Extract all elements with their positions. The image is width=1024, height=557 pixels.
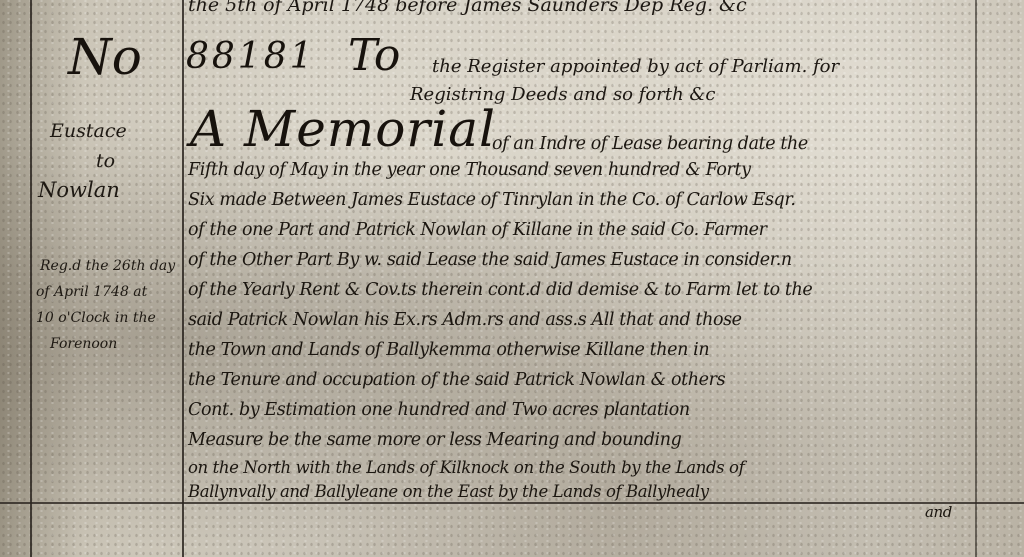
body-line-7: said Patrick Nowlan his Ex.rs Adm.rs and…	[188, 310, 742, 330]
margin-column-rule	[182, 0, 184, 557]
number-label: No	[68, 28, 142, 86]
margin-to-word: to	[96, 150, 115, 172]
top-line-text: the 5th of April 1748 before James Saund…	[188, 0, 747, 16]
left-margin-rule	[30, 0, 32, 557]
bottom-rule	[0, 502, 1024, 504]
body-line-11: Measure be the same more or less Mearing…	[188, 430, 681, 450]
right-margin-rule	[975, 0, 977, 557]
heading-line-1: the Register appointed by act of Parliam…	[432, 56, 839, 77]
body-line-1: of an Indre of Lease bearing date the	[492, 134, 808, 154]
body-line-9: the Tenure and occupation of the said Pa…	[188, 370, 725, 390]
body-line-6: of the Yearly Rent & Cov.ts therein cont…	[188, 280, 812, 300]
memorial-number: 88181	[186, 36, 316, 77]
body-line-5: of the Other Part By w. said Lease the s…	[188, 250, 792, 270]
margin-registration-line-4: Forenoon	[50, 336, 117, 352]
margin-party-from: Eustace	[50, 120, 127, 142]
body-line-3: Six made Between James Eustace of Tinryl…	[188, 190, 796, 210]
body-line-12: on the North with the Lands of Kilknock …	[188, 458, 744, 477]
body-line-2: Fifth day of May in the year one Thousan…	[188, 160, 751, 180]
heading-to: To	[348, 30, 400, 81]
memorial-title: A Memorial	[190, 100, 496, 158]
margin-registration-line-2: of April 1748 at	[36, 284, 147, 300]
body-line-13: Ballynvally and Ballyleane on the East b…	[188, 482, 709, 501]
margin-registration-line-1: Reg.d the 26th day	[40, 258, 175, 274]
margin-registration-line-3: 10 o'Clock in the	[36, 310, 156, 326]
body-line-10: Cont. by Estimation one hundred and Two …	[188, 400, 690, 420]
scanned-document-page: the 5th of April 1748 before James Saund…	[0, 0, 1024, 557]
body-line-8: the Town and Lands of Ballykemma otherwi…	[188, 340, 709, 360]
catchword: and	[925, 503, 952, 521]
margin-party-to: Nowlan	[38, 178, 120, 202]
body-line-4: of the one Part and Patrick Nowlan of Ki…	[188, 220, 767, 240]
